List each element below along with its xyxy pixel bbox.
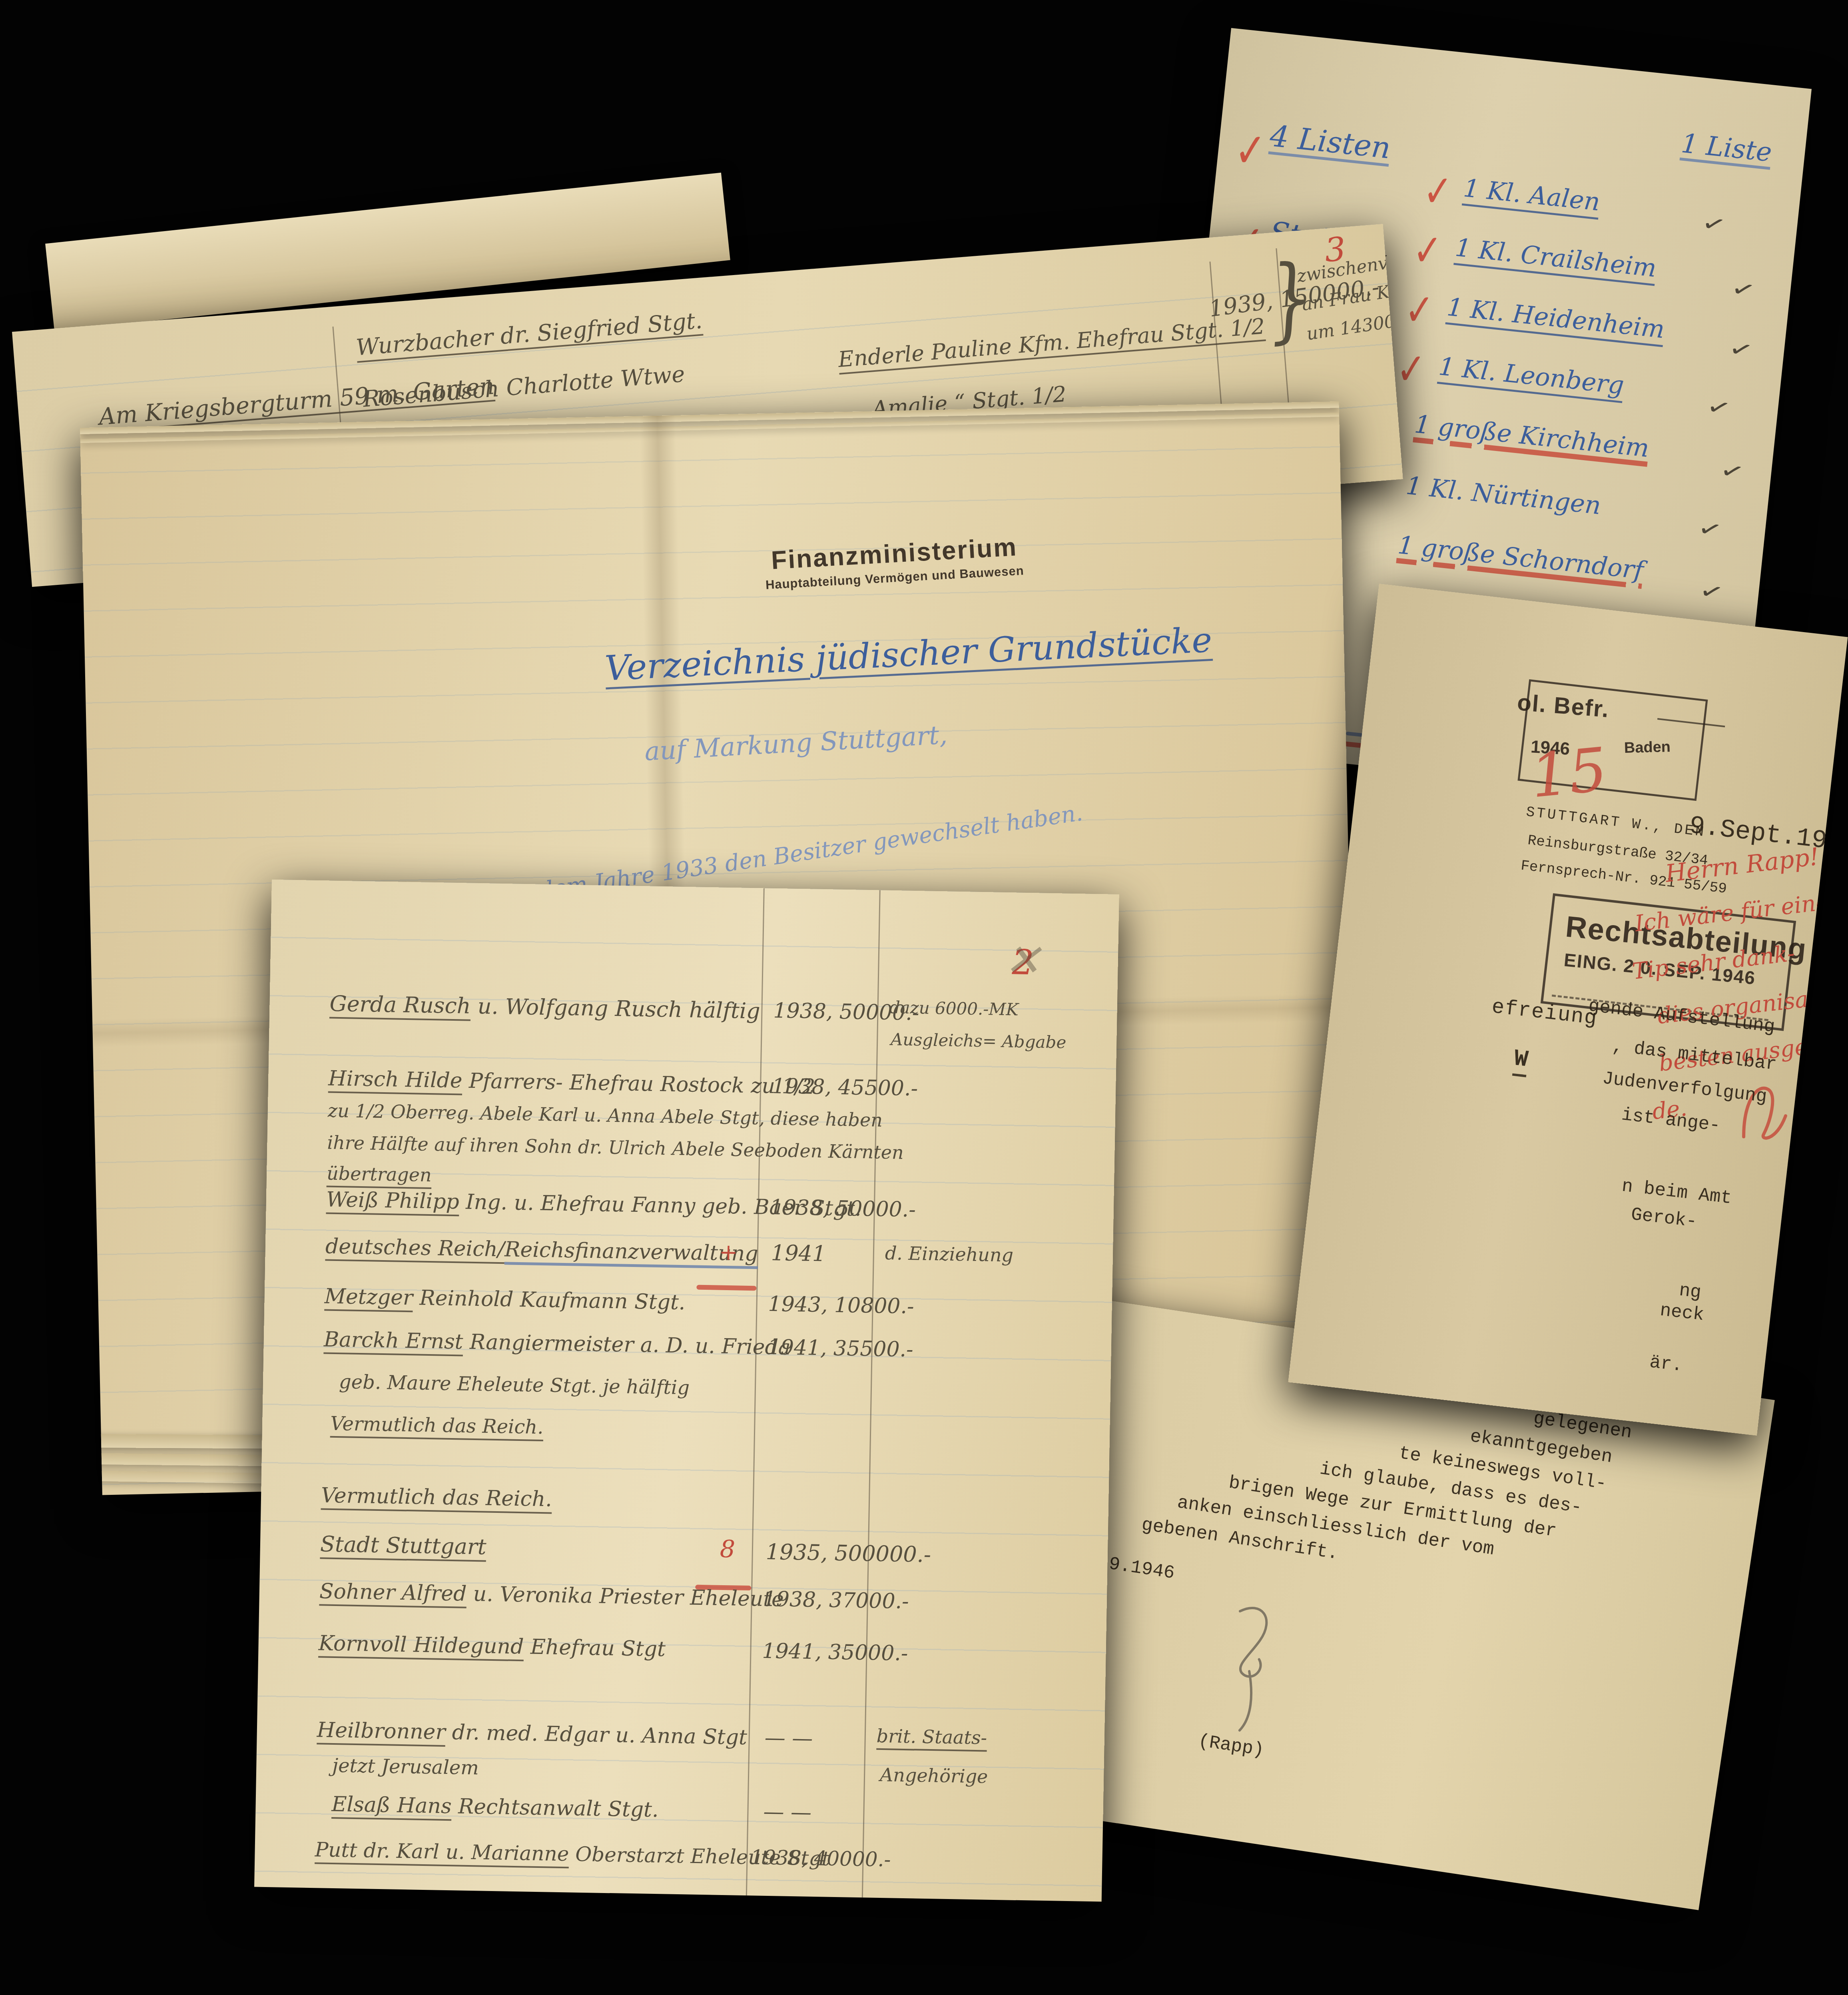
black-check-icon: ✓ xyxy=(1717,456,1747,487)
pen-stroke xyxy=(1657,718,1725,727)
photo-of-archival-documents: ✓ 4 Listen ✓ Stgt. ✓ ✓ Bau 1 Liste ✓ 1 K… xyxy=(0,0,1848,1995)
year-price: — — xyxy=(763,1800,812,1825)
red-note-line: Herrn Rapp! xyxy=(1664,843,1820,888)
district-item: 1 Kl. Aalen xyxy=(1462,173,1602,216)
row-continuation: jetzt Jerusalem xyxy=(332,1754,479,1779)
district-item: 1 Kl. Heidenheim xyxy=(1445,292,1666,344)
cover-title: Verzeichnis jüdischer Grundstücke xyxy=(604,620,1213,689)
rapp-signature xyxy=(1208,1597,1295,1738)
year-price: 1943, 10800.- xyxy=(768,1292,914,1319)
year-price: 1938, 50000.- xyxy=(770,1195,916,1222)
owner-rest: u. Wolfgang Rusch hälftig xyxy=(470,994,760,1024)
owner-entry: Enderle Pauline Kfm. Ehefrau Stgt. 1/2 xyxy=(837,313,1266,372)
typed-fragment: neck xyxy=(1659,1300,1705,1325)
red-note-line: Ich wäre für einen xyxy=(1633,887,1844,937)
letter-sheet: ol. Befr. 1946 Baden 15 STUTTGART W., DE… xyxy=(1288,584,1848,1436)
row-continuation: geb. Maure Eheleute Stgt. je hälftig xyxy=(339,1371,690,1399)
year-price: 1938, 37000.- xyxy=(763,1587,909,1614)
red-check-icon: ✓ xyxy=(1396,343,1426,395)
presumed-owner: Vermutlich das Reich. xyxy=(330,1412,544,1438)
red-underline xyxy=(696,1285,756,1291)
owner-name: Sohner Alfred xyxy=(319,1579,466,1606)
owner-name: Kornvoll Hildegund xyxy=(318,1631,524,1659)
owner-rest: u. Veronika Priester Eheleute xyxy=(466,1582,784,1612)
row-note: Angehörige xyxy=(880,1764,988,1788)
owner-rest: Rechtsanwalt Stgt. xyxy=(451,1794,659,1822)
note-line: um 143000.- xyxy=(1305,307,1403,344)
black-check-icon: ✓ xyxy=(1699,209,1729,239)
typed-fragment: ng xyxy=(1678,1280,1702,1303)
black-check-icon: ✓ xyxy=(1695,514,1725,545)
owner-rest: Rangiermeister a. D. u. Frieda xyxy=(463,1330,791,1360)
owner-name: deutsches Reich/ xyxy=(325,1234,504,1261)
typed-fragment: är. xyxy=(1649,1352,1684,1376)
owner-rest: Pfarrers- Ehefrau Rostock zu 1/2 xyxy=(462,1069,815,1099)
red-check-icon: ✓ xyxy=(1405,284,1434,335)
row-note: d. Einziehung xyxy=(885,1242,1013,1266)
list-heading: 1 Liste xyxy=(1680,128,1773,168)
owner-entry: Wurzbacher dr. Siegfried Stgt. xyxy=(355,308,703,361)
year-price: 1938, 40000.- xyxy=(750,1845,891,1871)
year-price: 1941, 35500.- xyxy=(767,1335,913,1362)
owner-rest: Reinhold Kaufmann Stgt. xyxy=(413,1286,686,1315)
owner-name: Heilbronner xyxy=(317,1718,445,1744)
year-price: 1935, 500000.- xyxy=(766,1539,931,1567)
page-number-red: 3 xyxy=(1323,230,1347,270)
red-mark: 8 xyxy=(720,1535,735,1564)
red-plus-mark: + xyxy=(719,1239,738,1266)
cover-subtitle: auf Markung Stuttgart, xyxy=(644,720,948,767)
owner-name: Metzger xyxy=(324,1284,413,1310)
owner-name: Gerda Rusch xyxy=(329,991,471,1019)
district-item: 1 Kl. Nürtingen xyxy=(1405,471,1602,520)
owner-rest: dr. med. Edgar u. Anna Stgt xyxy=(445,1720,748,1750)
owner-name: Weiß Philipp xyxy=(326,1188,460,1214)
row-note: Ausgleichs= Abgabe xyxy=(891,1029,1067,1052)
owner-entry: Rosenbusch Charlotte Wtwe xyxy=(362,361,686,412)
black-check-icon: ✓ xyxy=(1697,577,1727,607)
year-price: 1941 xyxy=(771,1240,826,1266)
row-continuation: ihre Hälfte auf ihren Sohn dr. Ulrich Ab… xyxy=(327,1132,904,1163)
signature-name: (Rapp) xyxy=(1197,1731,1266,1761)
red-flourish-icon xyxy=(1729,1071,1800,1149)
stamp-line: Baden xyxy=(1624,738,1671,757)
finance-ministry-stamp: Finanzministerium Hauptabteilung Vermöge… xyxy=(730,535,1059,589)
black-check-icon: ✓ xyxy=(1704,392,1734,423)
row-continuation: übertragen xyxy=(327,1163,432,1186)
black-check-icon: ✓ xyxy=(1726,334,1756,365)
owner-rest: Ehefrau Stgt xyxy=(524,1635,666,1661)
red-note-line: Tip sehr dank- xyxy=(1631,940,1796,985)
owner-name: Putt dr. Karl u. Marianne xyxy=(315,1838,569,1865)
row-note: dazu 6000.-MK xyxy=(889,997,1019,1019)
pencil-cross-mark: ✕ xyxy=(1004,934,1041,986)
property-list-page2: 2 ✕ Gerda Rusch u. Wolfgang Rusch hälfti… xyxy=(254,880,1119,1902)
owner-name: Hirsch Hilde xyxy=(328,1067,462,1093)
red-check-icon: ✓ xyxy=(1234,123,1266,178)
list-count-note: 4 Listen xyxy=(1268,119,1392,166)
year-price: 1941, 35000.- xyxy=(762,1639,908,1666)
district-item: 1 Kl. Crailsheim xyxy=(1454,233,1658,283)
owner-name: Stadt Stuttgart xyxy=(320,1531,486,1559)
year-price: 1938, 45500.- xyxy=(772,1074,918,1101)
district-item: 1 große Schorndorf xyxy=(1396,530,1645,585)
column-rule xyxy=(746,888,765,1895)
red-check-icon: ✓ xyxy=(1423,165,1453,217)
row-continuation: zu 1/2 Oberreg. Abele Karl u. Anna Abele… xyxy=(327,1100,883,1131)
year-price: — — xyxy=(764,1726,813,1751)
w-mark: W xyxy=(1512,1046,1529,1077)
red-filing-number: 15 xyxy=(1528,735,1611,811)
district-item: 1 große Kirchheim xyxy=(1413,409,1651,463)
owner-name: Barckh Ernst xyxy=(323,1327,463,1354)
presumed-owner: Vermutlich das Reich. xyxy=(321,1483,552,1511)
owner-name: Elsaß Hans xyxy=(331,1792,452,1818)
district-item: 1 Kl. Leonberg xyxy=(1437,351,1626,400)
stamp-line: ol. Befr. xyxy=(1516,689,1610,723)
black-check-icon: ✓ xyxy=(1728,274,1758,305)
row-note: brit. Staats- xyxy=(876,1725,987,1749)
red-check-icon: ✓ xyxy=(1413,225,1443,276)
